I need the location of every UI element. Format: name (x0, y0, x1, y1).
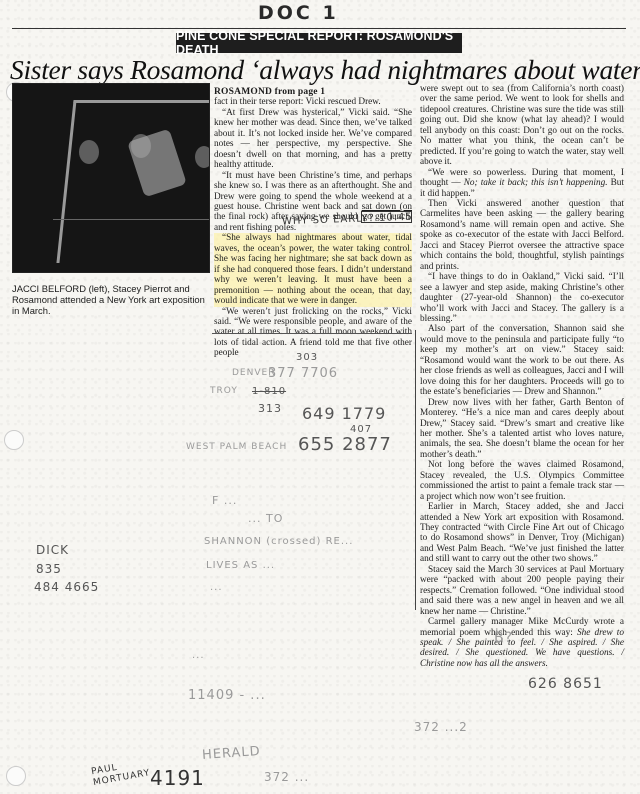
jump-line: ROSAMOND from page 1 (214, 87, 412, 97)
handwritten-middle-note: ... (210, 582, 223, 593)
photo-person-right (195, 146, 210, 168)
handwritten-lower-note: HERALD (202, 744, 262, 763)
handwritten-troy-area-crossed: 1-810 (252, 386, 286, 397)
handwritten-mortuary-name: PAUL MORTUARY (91, 757, 154, 789)
punch-hole-bottom (6, 766, 26, 786)
document-label: DOC 1 (258, 2, 339, 24)
handwritten-lower-note: 11409 - ... (188, 688, 266, 703)
article-headline: Sister says Rosamond ‘always had nightma… (10, 54, 636, 86)
handwritten-dick-name: DICK (36, 543, 69, 557)
handwritten-middle-note: F ... (212, 494, 237, 507)
clipping-edge (212, 333, 412, 334)
handwritten-right-note: ... (492, 655, 506, 669)
handwritten-lower-note: 372 ... (264, 770, 309, 784)
paragraph: Not long before the waves claimed Rosamo… (420, 460, 624, 502)
handwritten-middle-note: ... TO (248, 512, 283, 525)
photo-floor-line (53, 219, 209, 220)
handwritten-right-note: B? (494, 630, 513, 646)
handwritten-west-palm-number: 655 2877 (298, 434, 392, 455)
handwritten-dick-area: 835 (36, 562, 62, 576)
photo-caption: JACCI BELFORD (left), Stacey Pierrot and… (12, 283, 210, 316)
handwritten-right-note: 372 ...2 (414, 720, 468, 734)
paragraph: Carmel gallery manager Mike McCurdy wrot… (420, 617, 624, 669)
handwritten-troy-area: 313 (258, 402, 282, 415)
handwritten-middle-note: SHANNON (crossed) RE... (204, 536, 353, 547)
punch-hole-middle (4, 430, 24, 450)
paragraph: “I have things to do in Oakland,” Vicki … (420, 272, 624, 324)
paragraph: Stacey said the March 30 services at Pau… (420, 565, 624, 617)
article-photo (12, 83, 210, 273)
highlighted-paragraph: “She always had nightmares about water, … (214, 233, 412, 306)
column-divider (415, 330, 416, 610)
photo-person-left (79, 140, 99, 164)
paragraph: Earlier in March, Stacey added, she and … (420, 502, 624, 565)
handwritten-denver-number: 377 7706 (268, 366, 338, 381)
handwritten-right-note: 626 8651 (528, 676, 603, 692)
photo-frame-shape (56, 100, 210, 263)
paragraph: were swept out to sea (from California’s… (420, 84, 624, 168)
paragraph: Then Vicki answered another question tha… (420, 199, 624, 272)
paragraph: Also part of the conversation, Shannon s… (420, 324, 624, 397)
handwritten-west-palm-label: WEST PALM BEACH (186, 442, 287, 452)
handwritten-troy-label: TROY (210, 386, 238, 396)
paragraph: “We were so powerless. During that momen… (420, 168, 624, 199)
paragraph: “At first Drew was hysterical,” Vicki sa… (214, 108, 412, 171)
handwritten-denver-area: 303 (296, 352, 318, 363)
section-banner: PINE CONE SPECIAL REPORT: ROSAMOND'S DEA… (176, 33, 462, 53)
paragraph: fact in their terse report: Vicki rescue… (214, 97, 412, 107)
handwritten-lower-note: ... (192, 650, 205, 661)
handwritten-troy-number: 649 1779 (302, 404, 386, 423)
article-column-right: were swept out to sea (from California’s… (420, 84, 624, 669)
paragraph: Drew now lives with her father, Garth Be… (420, 398, 624, 461)
handwritten-mortuary-number: 4191 (150, 766, 205, 790)
handwritten-dick-number: 484 4665 (34, 580, 99, 594)
handwritten-middle-note: LIVES AS ... (206, 560, 275, 571)
